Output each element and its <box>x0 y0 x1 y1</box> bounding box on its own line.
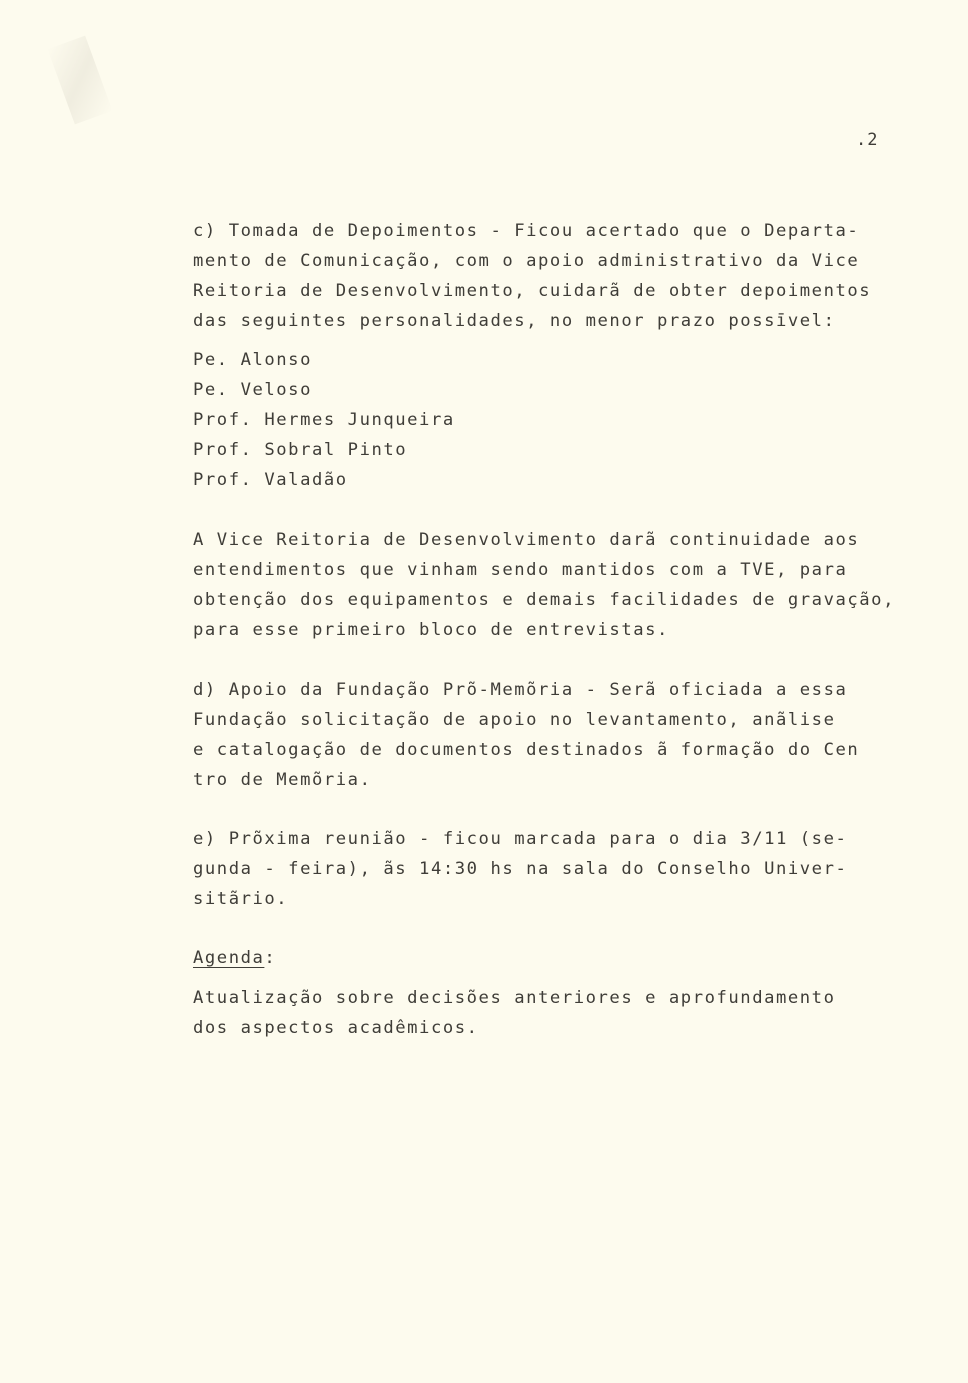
list-item: Prof. Sobral Pinto <box>193 439 407 461</box>
list-item: Prof. Hermes Junqueira <box>193 409 455 431</box>
paper-crease <box>48 36 113 125</box>
text-line: Atualização sobre decisões anteriores e … <box>193 987 835 1009</box>
text-line: tro de Memõria. <box>193 769 371 791</box>
text-line: sitãrio. <box>193 888 288 910</box>
agenda-heading-text: Agenda <box>193 948 264 968</box>
text-line: d) Apoio da Fundação Prõ-Memõria - Serã … <box>193 679 847 701</box>
text-line: dos aspectos acadêmicos. <box>193 1017 479 1039</box>
text-line: obtenção dos equipamentos e demais facil… <box>193 589 895 611</box>
text-line: gunda - feira), ãs 14:30 hs na sala do C… <box>193 858 847 880</box>
text-line: e) Prõxima reunião - ficou marcada para … <box>193 828 847 850</box>
text-line: e catalogação de documentos destinados ã… <box>193 739 859 761</box>
list-item: Prof. Valadão <box>193 469 348 491</box>
list-item: Pe. Alonso <box>193 349 312 371</box>
text-line: entendimentos que vinham sendo mantidos … <box>193 559 847 581</box>
text-line: Reitoria de Desenvolvimento, cuidarã de … <box>193 280 871 302</box>
text-line: A Vice Reitoria de Desenvolvimento darã … <box>193 529 859 551</box>
text-line: c) Tomada de Depoimentos - Ficou acertad… <box>193 220 859 242</box>
text-line: Fundação solicitação de apoio no levanta… <box>193 709 835 731</box>
page-number: .2 <box>856 130 878 150</box>
agenda-colon: : <box>264 948 276 968</box>
text-line: para esse primeiro bloco de entrevistas. <box>193 619 669 641</box>
text-line: das seguintes personalidades, no menor p… <box>193 310 835 332</box>
text-line: mento de Comunicação, com o apoio admini… <box>193 250 859 272</box>
list-item: Pe. Veloso <box>193 379 312 401</box>
agenda-heading: Agenda: <box>193 947 276 969</box>
